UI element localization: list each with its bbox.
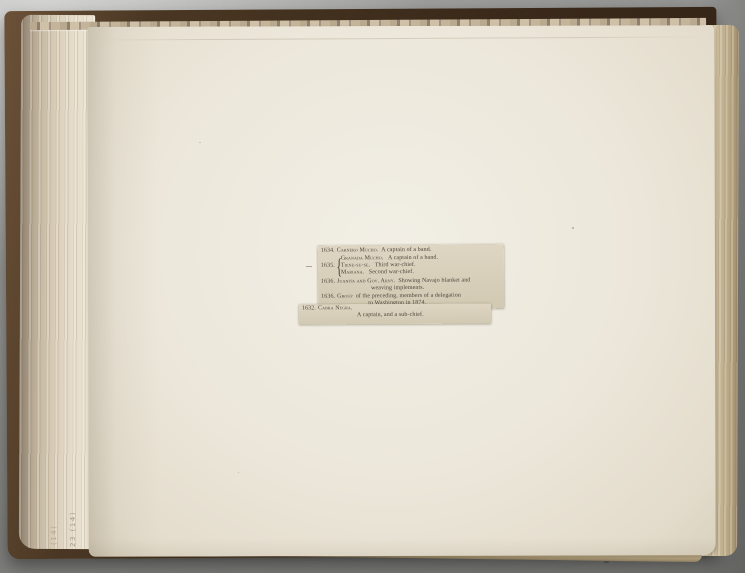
entry-description: Second war-chief. [369,269,414,275]
entry-1635-lines: Granada Mucho. A captain of a band. Tien… [341,255,438,277]
entry-number: 1635. [318,263,335,270]
entry-name: Mariana. [341,269,364,275]
page-speck [238,472,239,473]
edge-nick [604,561,609,563]
group-line: Mariana. Second war-chief. [341,269,438,277]
entry-1632-description: A captain, and a sub-chief. [357,311,491,319]
page-speck [199,142,201,143]
catalog-label-main: 1634. Carnero Mucho. A captain of a band… [318,244,505,310]
entry-name: Carnero Mucho. [337,247,379,254]
entry-number: 1636. [318,294,335,301]
page-speck [572,227,574,229]
entry-name: Cabra Negra. [318,305,353,312]
entry-description: A captain of a band. [388,255,438,261]
entry-name: Granada Mucho. [341,255,384,261]
entry-description: A captain of a band. [381,247,431,254]
entry-name: Group [337,294,353,301]
entry-number: 1634. [318,248,335,255]
entry-1636a-wrap: weaving implements. [371,284,504,292]
entry-number: 1632. [299,305,316,312]
brace-glyph: { [336,256,339,276]
entry-number: 1636. [318,278,335,285]
pencil-mark-edge: (14) [50,525,58,545]
album-page-scan: 1634. Carnero Mucho. A captain of a band… [0,0,745,573]
entry-name: Tiene-su-se. [341,262,370,268]
entry-description: Third war-chief. [375,262,416,268]
catalog-label-lower: 1632. Cabra Negra. A captain, and a sub-… [299,303,491,324]
pencil-dash [306,266,312,267]
page-edges-stack [19,15,95,549]
pencil-mark-page: 23 (14) [69,511,77,547]
entry-name: Juanita and Gov. Arny. [337,278,395,286]
entry-1635-group: 1635. { Granada Mucho. A captain of a ba… [318,254,504,277]
entry-description: Showing Navajo blanket and [398,277,470,285]
